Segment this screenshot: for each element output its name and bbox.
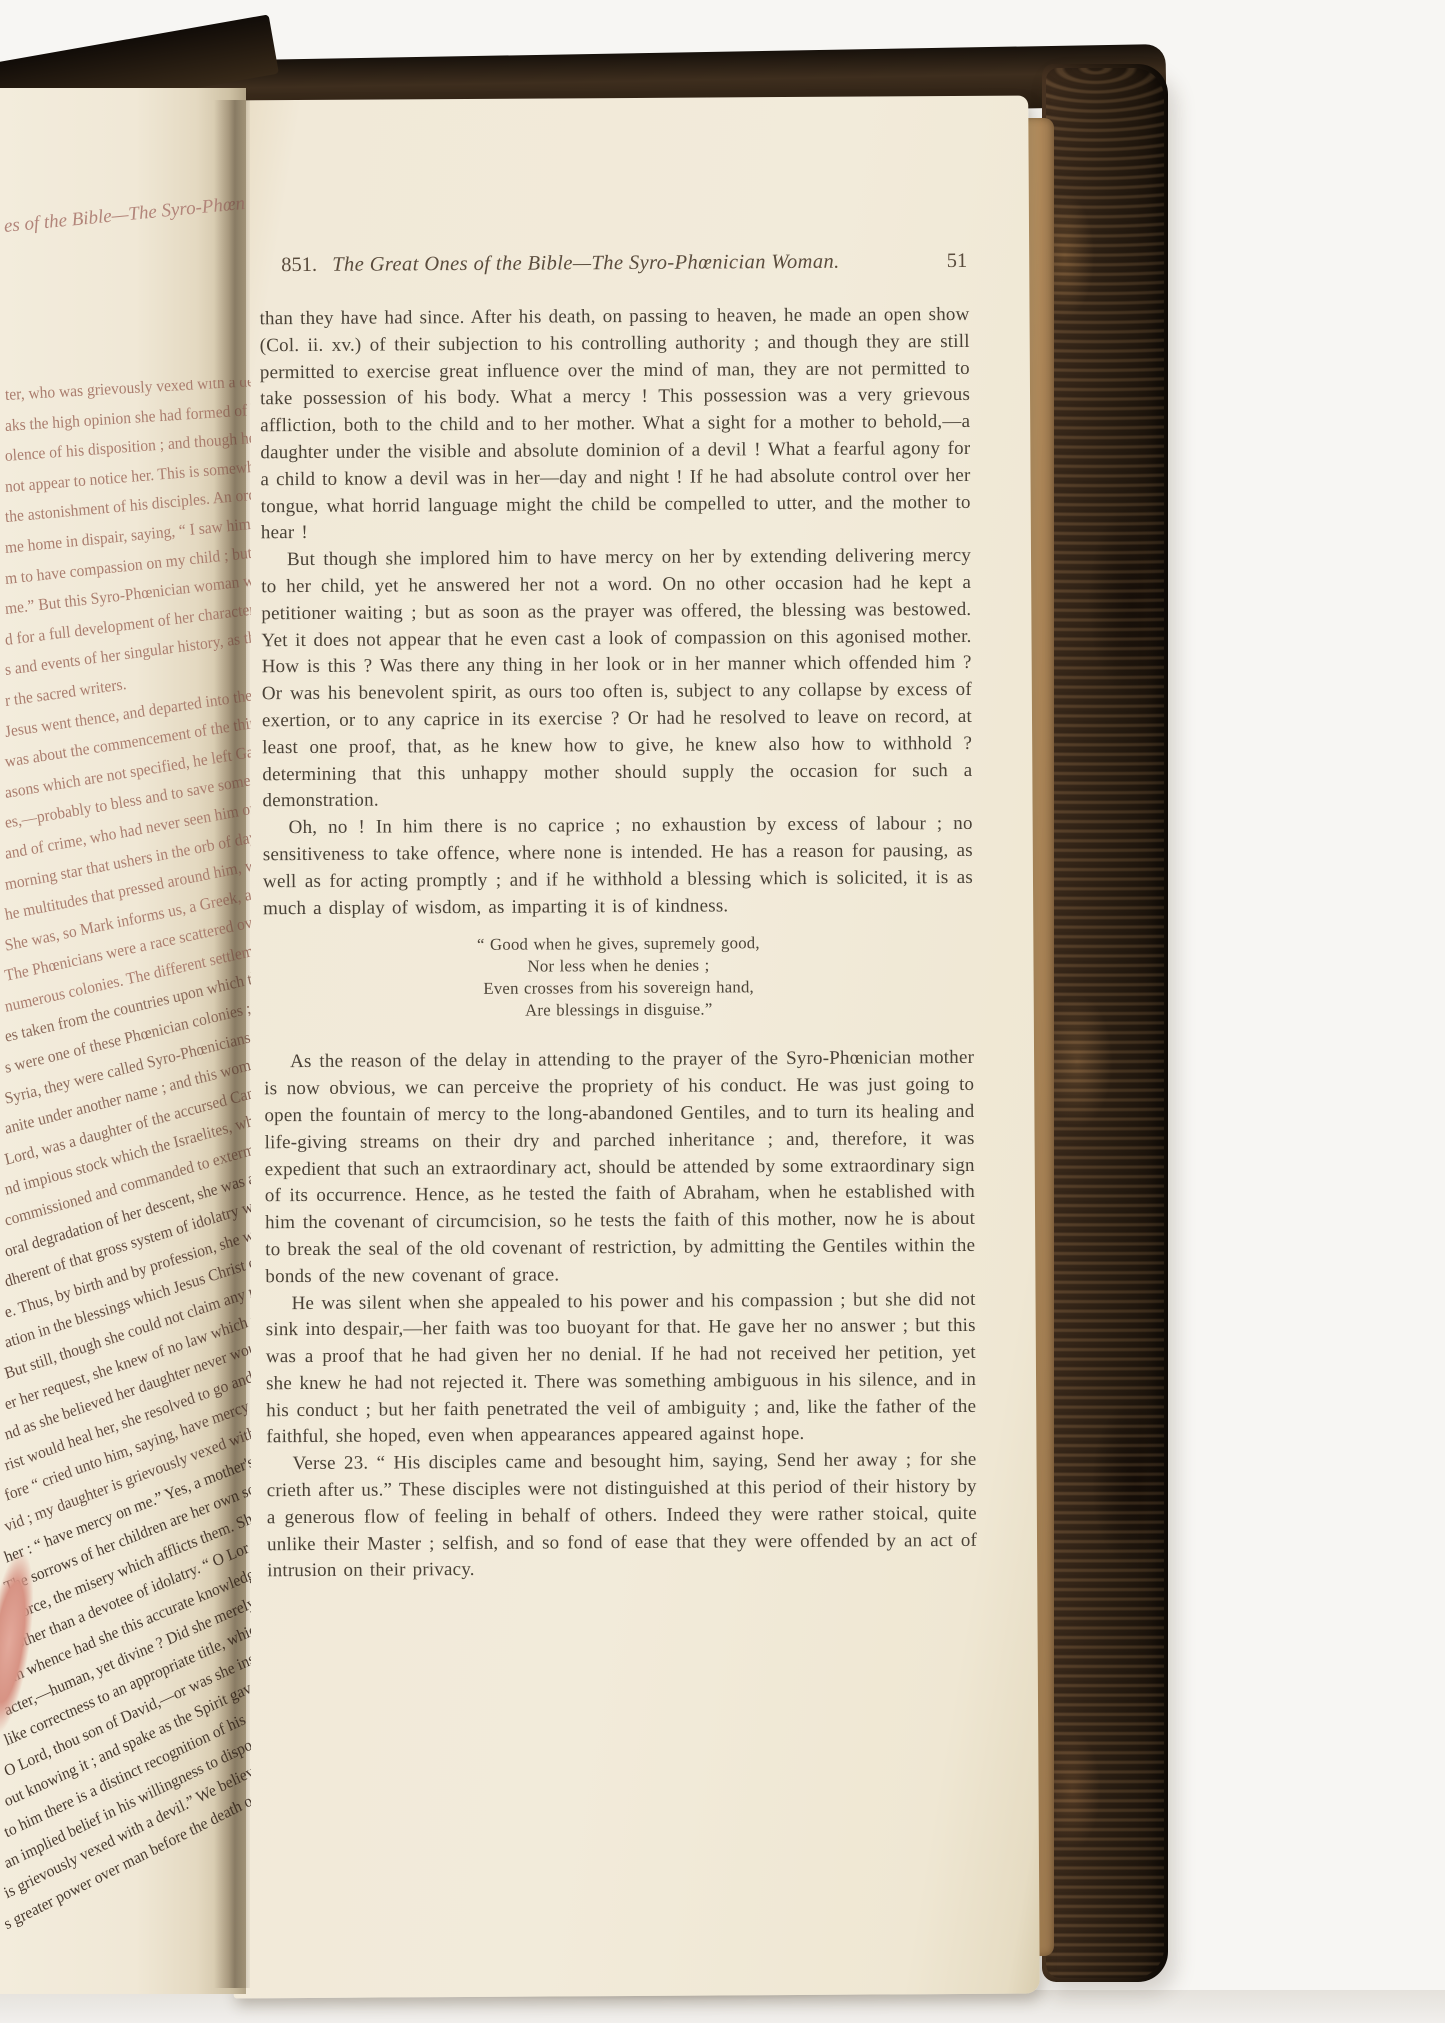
hymn-quote: “ Good when he gives, supremely good,Nor… [263,931,974,1023]
right-page-content: 851. The Great Ones of the Bible—The Syr… [222,96,1040,1999]
page-heading: 851. The Great Ones of the Bible—The Syr… [281,246,967,280]
body-paragraph: He was silent when she appealed to his p… [265,1286,976,1451]
book-photo: 851. The Great Ones of the Bible—The Syr… [0,0,1445,2023]
heading-left: 851. The Great Ones of the Bible—The Syr… [281,247,840,280]
hymn-line: Are blessings in disguise.” [264,997,974,1023]
left-page-text: ter, who was grievously vexed with a dev… [0,380,251,1970]
page-body-bottom: As the reason of the delay in attending … [264,1045,977,1585]
marbled-right-cover [1042,64,1168,1982]
body-paragraph: Verse 23. “ His disciples came and besou… [266,1447,977,1585]
page-body-top: than they have had since. After his deat… [259,302,973,923]
heading-entry-number: 851. [281,254,317,276]
heading-title: The Great Ones of the Bible—The Syro-Phœ… [332,251,840,276]
body-paragraph: than they have had since. After his deat… [259,302,970,548]
heading-page-number: 51 [947,246,968,276]
right-page: 851. The Great Ones of the Bible—The Syr… [222,96,1040,1999]
body-paragraph: Oh, no ! In him there is no caprice ; no… [263,811,974,923]
body-paragraph: As the reason of the delay in attending … [264,1045,975,1291]
body-paragraph: But though she implored him to have merc… [261,543,973,815]
